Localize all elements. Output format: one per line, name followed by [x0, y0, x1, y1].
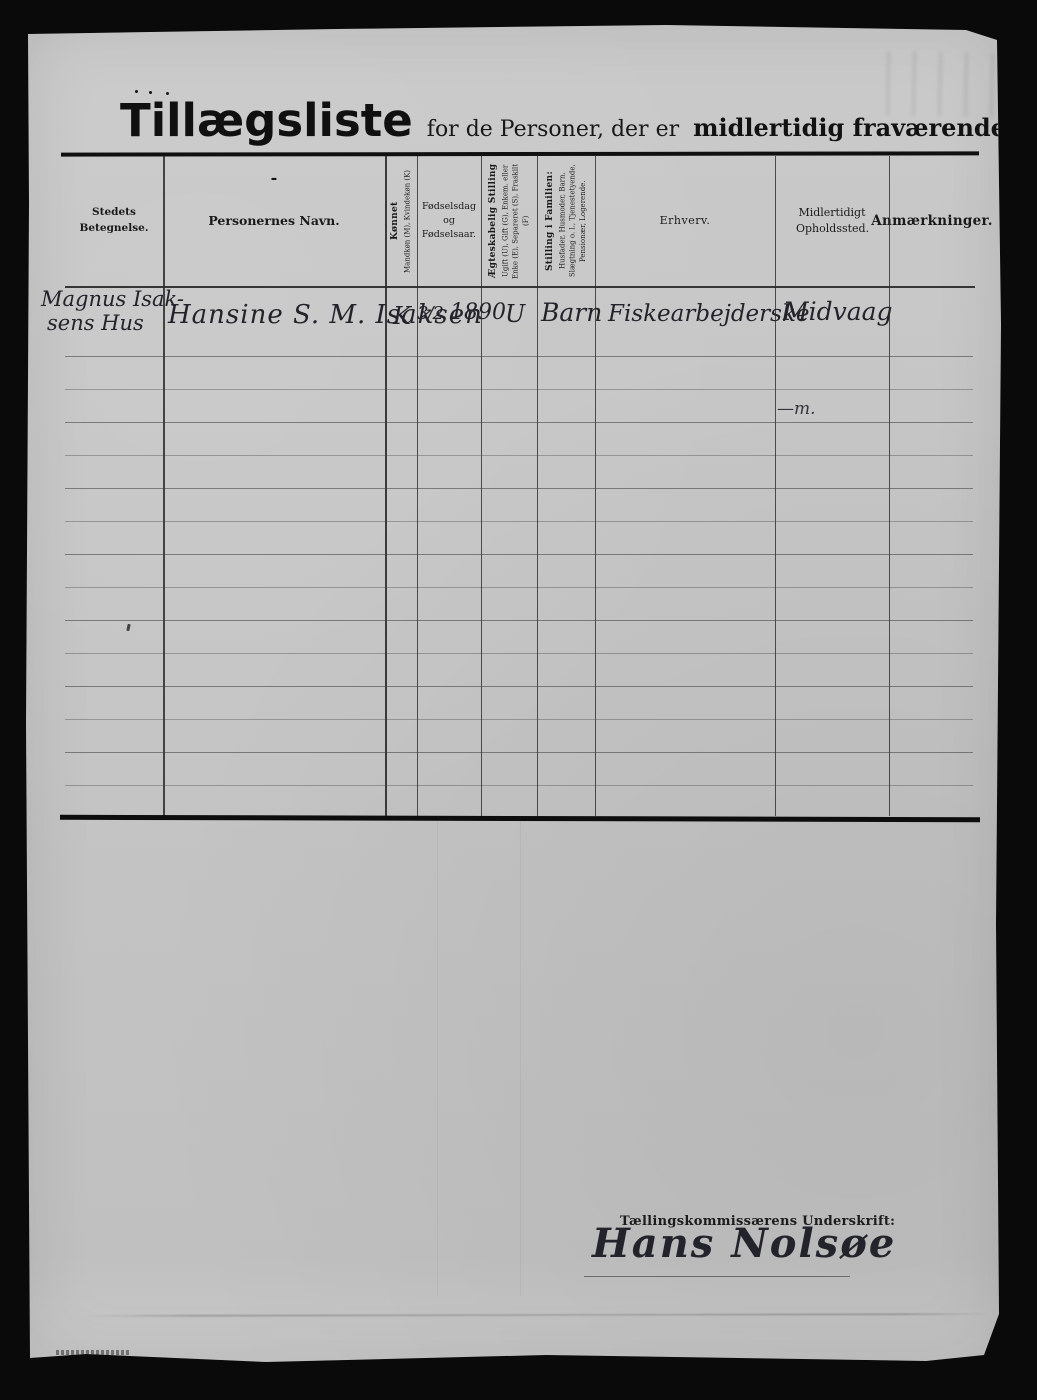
column-label: Stilling i Familien:	[544, 161, 558, 281]
column-label: Stedets Betegnelse.	[65, 205, 163, 237]
table-row-line	[65, 719, 973, 720]
table-row-line	[65, 455, 973, 456]
column-divider	[417, 156, 418, 816]
table-row-line	[65, 752, 973, 753]
column-sublabel: Mandkøn (M), Kvindekøn (K)	[403, 161, 413, 281]
printer-imprint	[56, 1350, 130, 1355]
ink-speck	[126, 624, 130, 631]
column-header-marital-status: Ægteskabelig Stilling Ugift (U), Gift (G…	[481, 156, 537, 286]
column-header-place: Stedets Betegnelse.	[65, 156, 163, 286]
ink-dash-mark: -	[163, 168, 385, 187]
column-header-remarks: Anmærkninger.	[889, 156, 975, 286]
column-label: Personernes Navn.	[204, 212, 343, 231]
entry-birth-day: 3/2	[417, 303, 443, 324]
column-sublabel: Husfader, Husmoder, Barn, Slægtning o. l…	[558, 161, 588, 281]
column-header-occupation: Erhverv.	[595, 156, 775, 286]
entry-sex: K	[393, 302, 411, 330]
entry-birthdate: 3/2 1890	[417, 300, 506, 325]
vertical-text: Ægteskabelig Stilling Ugift (U), Gift (G…	[487, 161, 531, 281]
column-label: Erhverv.	[656, 213, 715, 230]
column-label: Fødselsdag og Fødselsaar.	[417, 200, 481, 243]
ink-specks	[135, 90, 138, 93]
column-label: Midlertidigt Opholdssted.	[792, 205, 872, 238]
entry-marital-status: U	[505, 300, 525, 328]
table-row-line	[65, 620, 973, 621]
vertical-text: Kønnet Mandkøn (M), Kvindekøn (K)	[389, 161, 413, 281]
column-label: Anmærkninger.	[867, 211, 996, 231]
column-header-family-position: Stilling i Familien: Husfader, Husmoder,…	[537, 156, 595, 286]
column-divider	[595, 156, 596, 816]
table-row-line	[65, 389, 973, 390]
column-header-birthdate: Fødselsdag og Fødselsaar.	[417, 156, 481, 286]
table-row-line	[65, 785, 973, 786]
form-header: Tillægsliste for de Personer, der er mid…	[120, 94, 1014, 147]
vertical-text: Stilling i Familien: Husfader, Husmoder,…	[544, 161, 588, 281]
column-divider	[481, 156, 482, 816]
entry-temporary-residence: Midvaag	[783, 297, 893, 326]
table-row-line	[65, 686, 973, 687]
table-row-line	[65, 653, 973, 654]
entry-birth-year: 1890	[450, 300, 506, 325]
entry-family-position: Barn	[541, 298, 602, 327]
column-label: Ægteskabelig Stilling	[487, 161, 501, 281]
table-row-line	[65, 356, 973, 357]
table-row-line	[65, 488, 973, 489]
column-header-name: - Personernes Navn.	[163, 156, 385, 286]
column-divider	[537, 156, 538, 816]
column-divider	[775, 156, 776, 816]
paper-crease	[86, 1313, 990, 1317]
paper-sheet: Tillægsliste for de Personer, der er mid…	[26, 24, 1002, 1366]
form-subtitle-emphasis: midlertidig fraværende.	[693, 113, 1014, 142]
table-row: Magnus Isak- sens Hus Hansine S. M. Isak…	[65, 288, 975, 356]
column-divider	[889, 156, 890, 816]
column-divider	[385, 156, 387, 816]
table-row-line	[65, 554, 973, 555]
stray-ink-mark: —m.	[777, 399, 816, 419]
signature-underline	[584, 1276, 850, 1277]
entry-occupation: Fiskearbejderske	[608, 301, 810, 327]
table-row-line	[65, 422, 973, 423]
signature: Hans Nolsøe	[592, 1220, 896, 1267]
table-row-line	[65, 587, 973, 588]
scanned-census-page: Tillægsliste for de Personer, der er mid…	[0, 0, 1037, 1400]
census-table: Stedets Betegnelse. - Personernes Navn. …	[65, 152, 975, 824]
table-row-line	[65, 521, 973, 522]
table-header-row: Stedets Betegnelse. - Personernes Navn. …	[65, 156, 975, 286]
column-label: Kønnet	[389, 161, 403, 281]
column-sublabel: Ugift (U), Gift (G), Enkem. eller Enke (…	[501, 161, 531, 281]
form-title: Tillægsliste	[120, 94, 413, 147]
bleedthrough-line	[520, 820, 521, 1296]
column-header-sex: Kønnet Mandkøn (M), Kvindekøn (K)	[385, 156, 417, 286]
form-subtitle: for de Personer, der er	[427, 117, 679, 142]
column-divider	[163, 156, 165, 816]
bleedthrough-line	[437, 820, 438, 1296]
